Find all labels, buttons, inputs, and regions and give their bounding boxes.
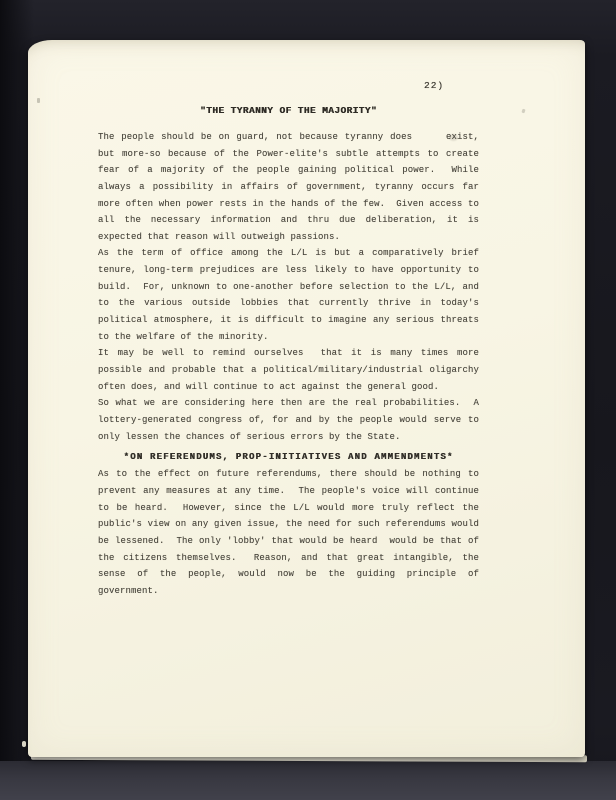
scan-speck [22, 741, 26, 747]
document-page: 22) "THE TYRANNY OF THE MAJORITY" The pe… [28, 40, 585, 757]
text-line: build. For, unknown to one-another befor… [98, 279, 479, 296]
text-line: but more-so because of the Power-elite's… [98, 146, 479, 163]
document-body: The people should be on guard, not becau… [98, 129, 479, 599]
text-line: to the various outside lobbies that curr… [98, 295, 479, 312]
text-line: political atmosphere, it is difficult to… [98, 312, 479, 329]
text-line: As the term of office among the L/L is b… [98, 245, 479, 262]
text-line: only lessen the chances of serious error… [98, 429, 479, 446]
text-line: always a possibility in affairs of gover… [98, 179, 479, 196]
text-line: fear of a majority of the people gaining… [98, 162, 479, 179]
section-heading: *ON REFERENDUMS, PROP-INITIATIVES AND AM… [98, 449, 479, 466]
text-line: prevent any measures at any time. The pe… [98, 483, 479, 500]
text-line: public's view on any given issue, the ne… [98, 516, 479, 533]
text-line: to the welfare of the minority. [98, 329, 479, 346]
text-line: lottery-generated congress of, for and b… [98, 412, 479, 429]
text-line: tenure, long-term prejudices are less li… [98, 262, 479, 279]
text-line: all the necessary information and thru d… [98, 212, 479, 229]
text-line: the citizens themselves. Reason, and tha… [98, 550, 479, 567]
text-line: The people should be on guard, not becau… [98, 129, 479, 146]
page-number: 22) [424, 80, 444, 91]
text-line: more often when power rests in the hands… [98, 196, 479, 213]
text-line: possible and probable that a political/m… [98, 362, 479, 379]
scanned-page-view: 22) "THE TYRANNY OF THE MAJORITY" The pe… [0, 0, 616, 800]
scan-speck [521, 109, 525, 114]
text-line: It may be well to remind ourselves that … [98, 345, 479, 362]
text-line: to be heard. However, since the L/L woul… [98, 500, 479, 517]
text-line: So what we are considering here then are… [98, 395, 479, 412]
document-title: "THE TYRANNY OF THE MAJORITY" [98, 105, 479, 116]
text-line: As to the effect on future referendums, … [98, 466, 479, 483]
scan-speck [37, 98, 40, 103]
text-line: government. [98, 583, 479, 600]
text-line: sense of the people, would now be the gu… [98, 566, 479, 583]
text-line: expected that reason will outweigh passi… [98, 229, 479, 246]
scanner-bed-bottom [0, 761, 616, 800]
text-line: be lessened. The only 'lobby' that would… [98, 533, 479, 550]
text-line: often does, and will continue to act aga… [98, 379, 479, 396]
